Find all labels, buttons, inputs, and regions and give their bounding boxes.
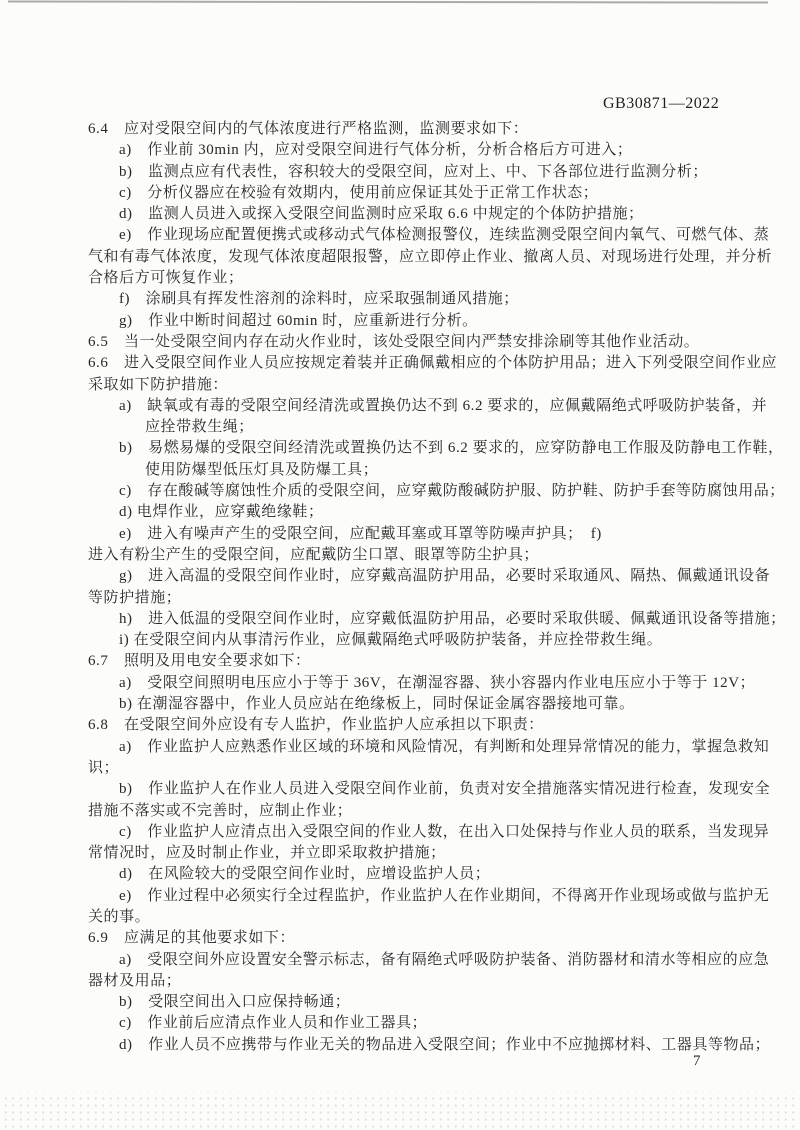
page-number: 7 [693, 1053, 701, 1070]
text-line: e) 进入有噪声产生的受限空间，应配戴耳塞或耳罩等防噪声护具； f) [88, 524, 728, 545]
text-line: 6.7 照明及用电安全要求如下： [88, 651, 728, 672]
text-line: 常情况时，应及时制止作业，并立即采取救护措施； [88, 843, 728, 864]
text-line: d) 监测人员进入或探入受限空间监测时应采取 6.6 中规定的个体防护措施； [88, 204, 728, 225]
text-line: d) 电焊作业，应穿戴绝缘鞋； [88, 502, 728, 523]
text-line: 合格后方可恢复作业； [88, 268, 728, 289]
text-line: c) 作业前后应清点作业人员和作业工器具； [88, 1013, 728, 1034]
text-line: b) 监测点应有代表性，容积较大的受限空间，应对上、中、下各部位进行监测分析； [88, 162, 728, 183]
text-line: 等防护措施； [88, 588, 728, 609]
text-line: 6.5 当一处受限空间内存在动火作业时，该处受限空间内严禁安排涂刷等其他作业活动… [88, 332, 728, 353]
text-line: b) 受限空间出入口应保持畅通； [88, 992, 728, 1013]
text-line: b) 在潮湿容器中，作业人员应站在绝缘板上，同时保证金属容器接地可靠。 [88, 694, 728, 715]
text-line: 识； [88, 758, 728, 779]
text-line: 使用防爆型低压灯具及防爆工具； [88, 460, 728, 481]
scan-halftone-noise [0, 1092, 800, 1130]
text-line: a) 缺氧或有毒的受限空间经清洗或置换仍达不到 6.2 要求的，应佩戴隔绝式呼吸… [88, 396, 728, 417]
text-line: h) 进入低温的受限空间作业时，应穿戴低温防护用品，必要时采取供暖、佩戴通讯设备… [88, 609, 728, 630]
text-line: d) 在风险较大的受限空间作业时，应增设监护人员； [88, 864, 728, 885]
text-line: 采取如下防护措施： [88, 375, 728, 396]
text-line: 进入有粉尘产生的受限空间，应配戴防尘口罩、眼罩等防尘护具； [88, 545, 728, 566]
text-line: 气和有毒气体浓度，发现气体浓度超限报警，应立即停止作业、撤离人员、对现场进行处理… [88, 247, 728, 268]
text-line: a) 作业前 30min 内，应对受限空间进行气体分析，分析合格后方可进入； [88, 140, 728, 161]
text-line: 6.9 应满足的其他要求如下： [88, 928, 728, 949]
document-body: 6.4 应对受限空间内的气体浓度进行严格监测，监测要求如下：a) 作业前 30m… [88, 119, 728, 1056]
text-line: 6.4 应对受限空间内的气体浓度进行严格监测，监测要求如下： [88, 119, 728, 140]
text-line: i) 在受限空间内从事清污作业，应佩戴隔绝式呼吸防护装备，并应拴带救生绳。 [88, 630, 728, 651]
text-line: a) 受限空间照明电压应小于等于 36V，在潮湿容器、狭小容器内作业电压应小于等… [88, 673, 728, 694]
text-line: e) 作业现场应配置便携式或移动式气体检测报警仪，连续监测受限空间内氧气、可燃气… [88, 225, 728, 246]
text-line: 措施不落实或不完善时，应制止作业； [88, 801, 728, 822]
text-line: 应拴带救生绳； [88, 417, 728, 438]
scan-edge-line [8, 0, 768, 3]
text-line: f) 涂刷具有挥发性溶剂的涂料时，应采取强制通风措施； [88, 289, 728, 310]
text-line: b) 易燃易爆的受限空间经清洗或置换仍达不到 6.2 要求的，应穿防静电工作服及… [88, 438, 728, 459]
text-line: b) 作业监护人在作业人员进入受限空间作业前，负责对安全措施落实情况进行检查，发… [88, 779, 728, 800]
text-line: 关的事。 [88, 907, 728, 928]
text-line: e) 作业过程中必须实行全过程监护，作业监护人在作业期间，不得离开作业现场或做与… [88, 886, 728, 907]
standard-code-header: GB30871—2022 [603, 95, 719, 113]
text-line: d) 作业人员不应携带与作业无关的物品进入受限空间；作业中不应抛掷材料、工器具等… [88, 1035, 728, 1056]
text-line: c) 作业监护人应清点出入受限空间的作业人数，在出入口处保持与作业人员的联系，当… [88, 822, 728, 843]
text-line: a) 受限空间外应设置安全警示标志，备有隔绝式呼吸防护装备、消防器材和清水等相应… [88, 950, 728, 971]
text-line: 器材及用品； [88, 971, 728, 992]
text-line: g) 作业中断时间超过 60min 时，应重新进行分析。 [88, 311, 728, 332]
text-line: a) 作业监护人应熟悉作业区域的环境和风险情况，有判断和处理异常情况的能力，掌握… [88, 737, 728, 758]
text-line: c) 分析仪器应在校验有效期内，使用前应保证其处于正常工作状态； [88, 183, 728, 204]
text-line: c) 存在酸碱等腐蚀性介质的受限空间，应穿戴防酸碱防护服、防护鞋、防护手套等防腐… [88, 481, 728, 502]
text-line: g) 进入高温的受限空间作业时，应穿戴高温防护用品，必要时采取通风、隔热、佩戴通… [88, 566, 728, 587]
text-line: 6.6 进入受限空间作业人员应按规定着装并正确佩戴相应的个体防护用品；进入下列受… [88, 353, 728, 374]
text-line: 6.8 在受限空间外应设有专人监护，作业监护人应承担以下职责： [88, 715, 728, 736]
